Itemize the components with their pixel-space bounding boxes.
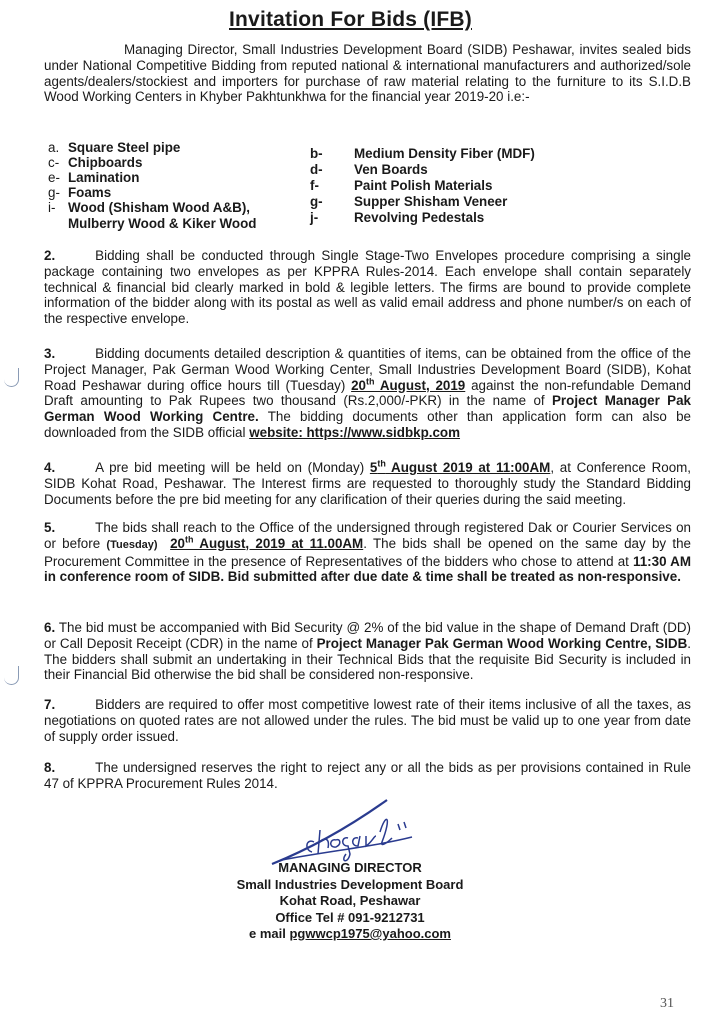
list-item: d-Ven Boards [310,162,428,177]
document-page: Invitation For Bids (IFB) Managing Direc… [0,0,701,1024]
paragraph-number: 7. [44,697,55,712]
intro-text: Managing Director, Small Industries Deve… [44,42,691,104]
item-label: a. [48,140,68,155]
item-label: i- [48,200,68,215]
item-text: Supper Shisham Veneer [354,194,507,209]
signatory-designation: MANAGING DIRECTOR [200,860,500,877]
item-label: e- [48,170,68,185]
payee-name: Project Manager Pak German Wood Working … [317,636,688,651]
signature-block: MANAGING DIRECTOR Small Industries Devel… [200,860,500,943]
list-item: e-Lamination [48,170,139,185]
item-text: Square Steel pipe [68,140,180,155]
paragraph-number: 2. [44,248,55,263]
paragraph-text: The undersigned reserves the right to re… [44,760,691,791]
list-item: j-Revolving Pedestals [310,210,484,225]
punch-hole-mark [4,368,19,387]
submission-date: 20th August, 2019 at 11.00AM [170,536,363,551]
email-label: e mail [249,926,289,941]
signatory-organization: Small Industries Development Board [200,877,500,894]
list-item: i-Wood (Shisham Wood A&B), [48,200,250,215]
item-text: Mulberry Wood & Kiker Wood [68,216,256,231]
list-item: Mulberry Wood & Kiker Wood [48,216,256,231]
item-text: Wood (Shisham Wood A&B), [68,200,250,215]
item-label: f- [310,178,354,193]
item-label: g- [310,194,354,209]
item-text: Chipboards [68,155,142,170]
item-text: Foams [68,185,111,200]
paragraph-7: 7.Bidders are required to offer most com… [44,697,691,744]
signatory-email-line: e mail pgwwcp1975@yahoo.com [200,926,500,943]
document-title: Invitation For Bids (IFB) [0,8,701,32]
paragraph-number: 3. [44,346,55,361]
item-label: d- [310,162,354,177]
paragraph-5: 5.The bids shall reach to the Office of … [44,520,691,585]
item-label: g- [48,185,68,200]
item-label: b- [310,146,354,161]
list-item: b-Medium Density Fiber (MDF) [310,146,535,161]
paragraph-2: 2.Bidding shall be conducted through Sin… [44,248,691,327]
signatory-address: Kohat Road, Peshawar [200,893,500,910]
intro-paragraph: Managing Director, Small Industries Deve… [44,42,691,105]
list-item: g-Supper Shisham Veneer [310,194,507,209]
paragraph-8: 8.The undersigned reserves the right to … [44,760,691,792]
weekday: (Tuesday) [106,539,157,551]
list-item: c-Chipboards [48,155,142,170]
email-link[interactable]: pgwwcp1975@yahoo.com [289,926,451,941]
paragraph-3: 3.Bidding documents detailed description… [44,346,691,441]
list-item: a.Square Steel pipe [48,140,180,155]
item-text: Ven Boards [354,162,428,177]
paragraph-6: 6. The bid must be accompanied with Bid … [44,620,691,683]
punch-hole-mark [4,666,19,685]
paragraph-4: 4.A pre bid meeting will be held on (Mon… [44,460,691,507]
item-text: Medium Density Fiber (MDF) [354,146,535,161]
signatory-phone: Office Tel # 091-9212731 [200,910,500,927]
item-text: Revolving Pedestals [354,210,484,225]
paragraph-text: Bidders are required to offer most compe… [44,697,691,744]
paragraph-text: A pre bid meeting will be held on (Monda… [95,460,370,475]
item-text: Lamination [68,170,139,185]
paragraph-number: 8. [44,760,55,775]
paragraph-number: 6. [44,620,55,635]
list-item: g-Foams [48,185,111,200]
deadline-date: 20th August, 2019 [351,378,465,393]
paragraph-text: Bidding shall be conducted through Singl… [44,248,691,326]
item-label: c- [48,155,68,170]
paragraph-number: 4. [44,460,55,475]
item-text: Paint Polish Materials [354,178,492,193]
meeting-date: 5th August 2019 at 11:00AM [370,460,550,475]
item-label: j- [310,210,354,225]
list-item: f-Paint Polish Materials [310,178,492,193]
page-number: 31 [660,996,674,1012]
website-link[interactable]: website: https://www.sidbkp.com [249,425,460,440]
paragraph-number: 5. [44,520,55,535]
